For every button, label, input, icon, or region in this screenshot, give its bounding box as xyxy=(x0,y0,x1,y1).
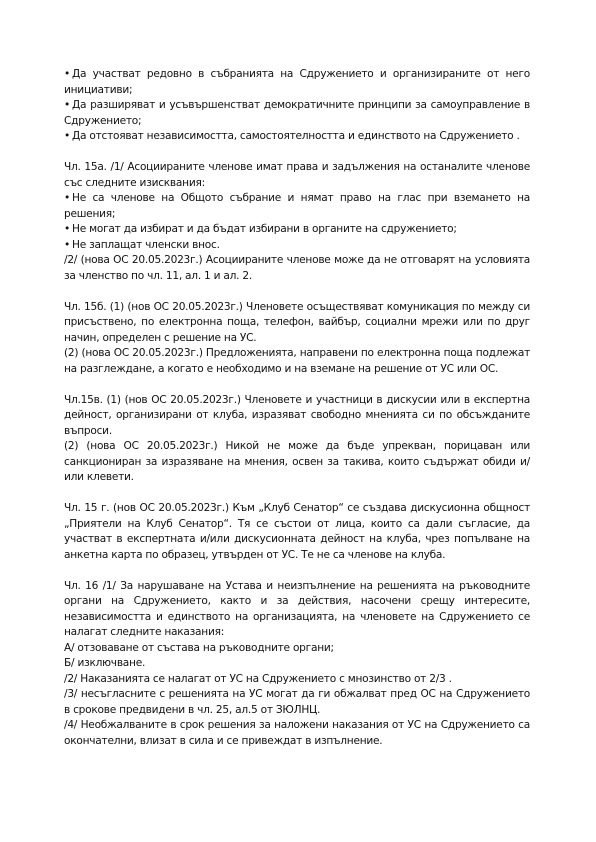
document-page: Да участват редовно в събранията на Сдру… xyxy=(64,67,530,765)
article-15a: Чл. 15а. /1/ Асоциираните членове имат п… xyxy=(64,160,530,284)
article-15a-paragraph-1: Чл. 15а. /1/ Асоциираните членове имат п… xyxy=(64,160,530,191)
article-15v: Чл.15в. (1) (нов ОС 20.05.2023г.) Членов… xyxy=(64,393,530,486)
article-16-paragraph-1: Чл. 16 /1/ За нарушаване на Устава и неи… xyxy=(64,579,530,641)
article-15b: Чл. 15б. (1) (нов ОС 20.05.2023г.) Члено… xyxy=(64,300,530,378)
article-16-paragraph-3: /3/ несъгласните с решенията на УС могат… xyxy=(64,687,530,718)
intro-bullets: Да участват редовно в събранията на Сдру… xyxy=(64,67,530,145)
list-item: Да участват редовно в събранията на Сдру… xyxy=(64,67,530,98)
list-item: Не могат да избират и да бъдат избирани … xyxy=(64,222,530,238)
article-16: Чл. 16 /1/ За нарушаване на Устава и неи… xyxy=(64,579,530,750)
list-item: Не заплащат членски внос. xyxy=(64,238,530,254)
article-15v-paragraph-1: Чл.15в. (1) (нов ОС 20.05.2023г.) Членов… xyxy=(64,393,530,440)
list-item: Не са членове на Общото събрание и нямат… xyxy=(64,191,530,222)
list-item: Да разширяват и усъвършенстват демократи… xyxy=(64,98,530,129)
article-15b-paragraph-2: (2) (нова ОС 20.05.2023г.) Предложенията… xyxy=(64,346,530,377)
article-15a-paragraph-2: /2/ (нова ОС 20.05.2023г.) Асоциираните … xyxy=(64,253,530,284)
article-16-item-a: А/ отзоваване от състава на ръководните … xyxy=(64,641,530,657)
article-15b-paragraph-1: Чл. 15б. (1) (нов ОС 20.05.2023г.) Члено… xyxy=(64,300,530,347)
article-16-paragraph-4: /4/ Необжалваните в срок решения за нало… xyxy=(64,718,530,749)
list-item: Да отстояват независимостта, самостоятел… xyxy=(64,129,530,145)
article-16-paragraph-2: /2/ Наказанията се налагат от УС на Сдру… xyxy=(64,672,530,688)
article-16-item-b: Б/ изключване. xyxy=(64,656,530,672)
article-15g: Чл. 15 г. (нов ОС 20.05.2023г.) Към „Клу… xyxy=(64,501,530,563)
article-15v-paragraph-2: (2) (нова ОС 20.05.2023г.) Никой не може… xyxy=(64,439,530,486)
article-15g-paragraph-1: Чл. 15 г. (нов ОС 20.05.2023г.) Към „Клу… xyxy=(64,501,530,563)
